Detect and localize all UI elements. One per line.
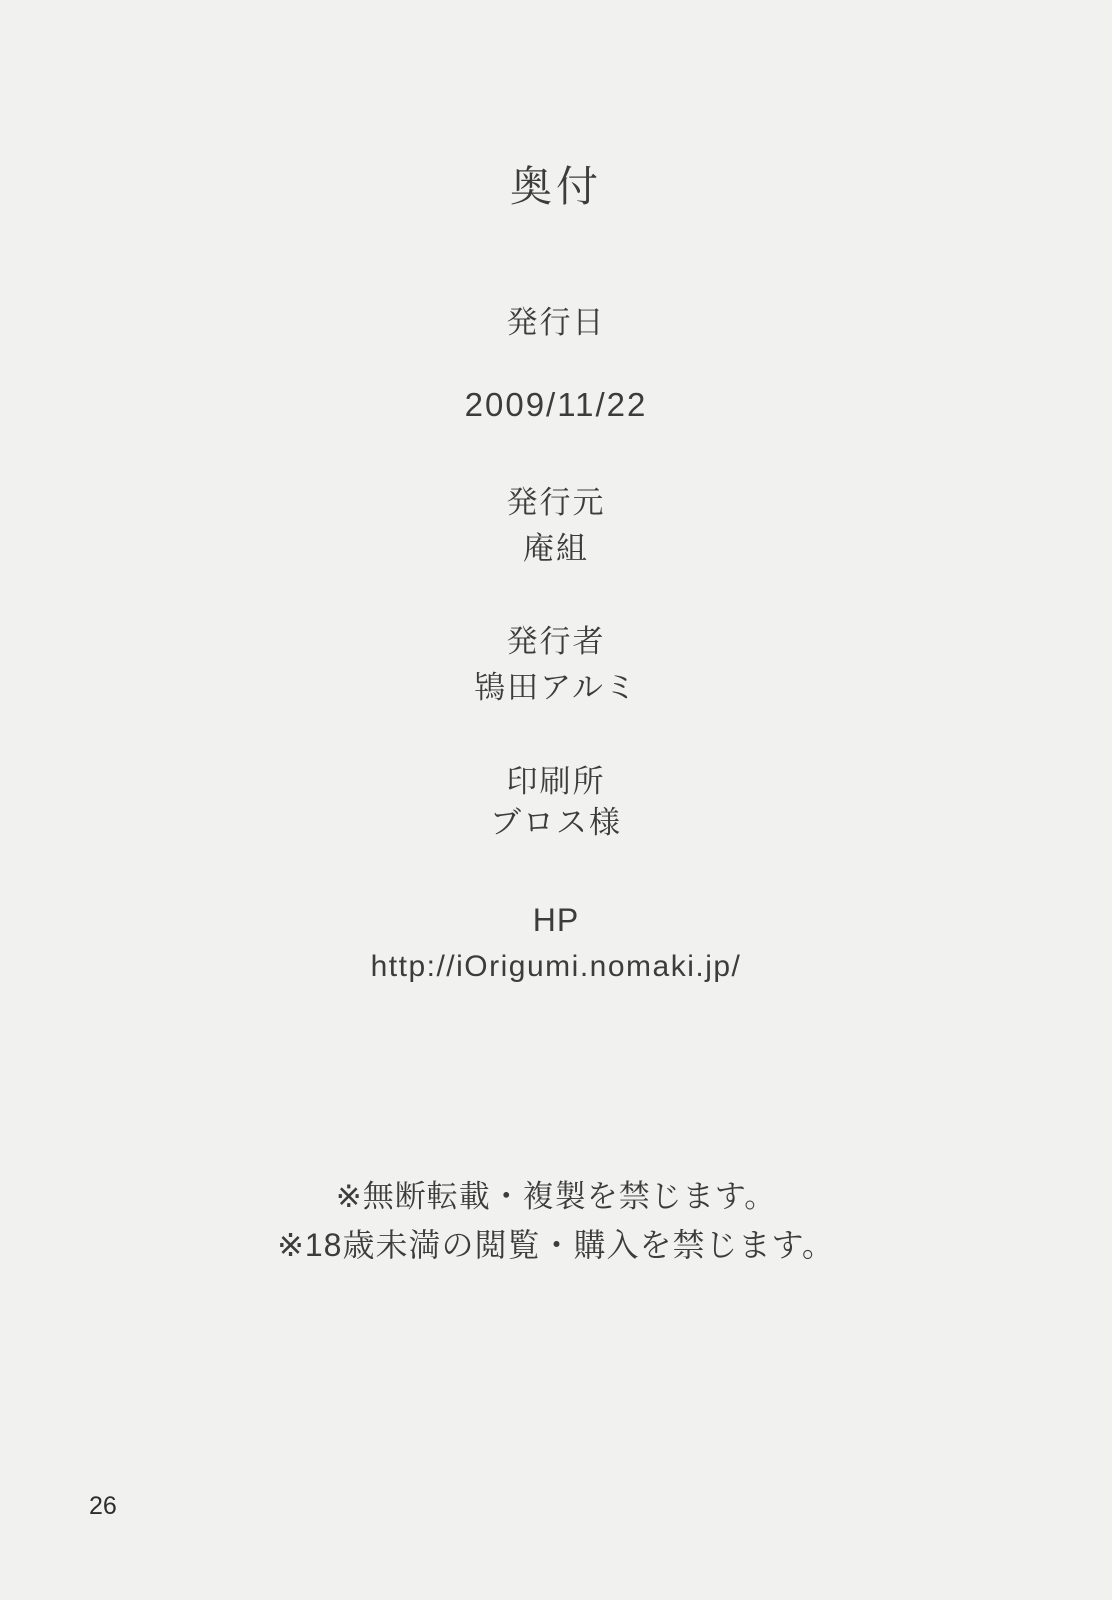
colophon-page: 奥付 発行日 2009/11/22 発行元 庵組 発行者 鴇田アルミ 印刷所 ブ… <box>0 0 1112 1600</box>
notice-no-reproduction: ※無断転載・複製を禁じます。 <box>0 1181 1112 1212</box>
publication-date-value: 2009/11/22 <box>0 388 1112 421</box>
printer-value: ブロス様 <box>0 807 1112 838</box>
homepage-label: HP <box>0 904 1112 936</box>
publication-date-label: 発行日 <box>0 307 1112 338</box>
notice-age-restriction: ※18歳未満の閲覧・購入を禁じます。 <box>0 1229 1112 1261</box>
publisher-label: 発行元 <box>0 487 1112 518</box>
printer-label: 印刷所 <box>0 766 1112 797</box>
homepage-url: http://iOrigumi.nomaki.jp/ <box>0 952 1112 982</box>
publisher-value: 庵組 <box>0 533 1112 564</box>
page-title: 奥付 <box>0 166 1112 208</box>
issuer-value: 鴇田アルミ <box>0 672 1112 703</box>
page-number: 26 <box>89 1494 117 1519</box>
issuer-label: 発行者 <box>0 626 1112 657</box>
